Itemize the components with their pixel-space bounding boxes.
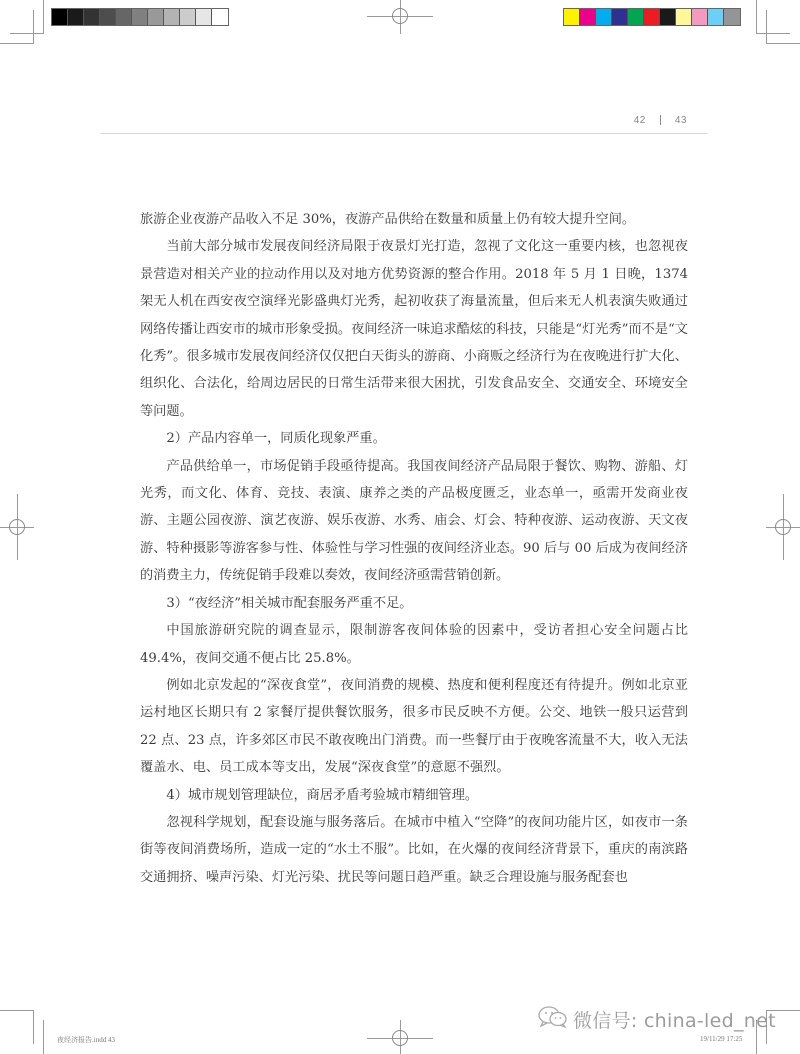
crop-mark-top-left-horizontal <box>10 33 44 34</box>
bleed-mark-top-right-horizontal <box>766 43 800 44</box>
color-swatch <box>84 9 100 25</box>
color-swatch <box>212 9 228 25</box>
grayscale-calibration-bar <box>51 8 229 26</box>
crop-mark-top-left-vertical <box>33 10 34 44</box>
crop-mark-bottom-left-vertical <box>33 1010 34 1044</box>
color-swatch <box>132 9 148 25</box>
color-swatch <box>644 9 660 25</box>
bleed-mark-bottom-left-vertical <box>43 1020 44 1054</box>
color-swatch <box>100 9 116 25</box>
bleed-mark-top-left-horizontal <box>0 43 34 44</box>
color-swatch <box>708 9 724 25</box>
paragraph-body: 产品供给单一，市场促销手段亟待提高。我国夜间经济产品局限于餐饮、购物、游船、灯光… <box>140 453 688 590</box>
color-swatch <box>628 9 644 25</box>
color-swatch <box>612 9 628 25</box>
color-swatch <box>180 9 196 25</box>
color-swatch <box>164 9 180 25</box>
wechat-icon <box>537 1005 569 1034</box>
watermark-text: 微信号: china-led_net <box>573 1006 776 1033</box>
paragraph-body: 忽视科学规划，配套设施与服务落后。在城市中植入“空降”的夜间功能片区，如夜市一条… <box>140 809 688 891</box>
color-swatch <box>580 9 596 25</box>
color-swatch <box>660 9 676 25</box>
body-text: 旅游企业夜游产品收入不足 30%，夜游产品供给在数量和质量上仍有较大提升空间。 … <box>140 206 688 891</box>
color-swatch <box>676 9 692 25</box>
color-swatch <box>196 9 212 25</box>
color-swatch <box>692 9 708 25</box>
color-calibration-bar <box>563 8 741 26</box>
crop-mark-top-right-horizontal <box>756 33 790 34</box>
section-heading: 4）城市规划管理缺位，商居矛盾考验城市精细管理。 <box>140 782 688 809</box>
slug-timestamp: 19/11/29 17:25 <box>700 1035 742 1043</box>
color-swatch <box>564 9 580 25</box>
header-rule <box>100 133 708 134</box>
paragraph-continuation: 旅游企业夜游产品收入不足 30%，夜游产品供给在数量和质量上仍有较大提升空间。 <box>140 206 688 233</box>
color-swatch <box>596 9 612 25</box>
color-swatch <box>68 9 84 25</box>
wechat-watermark: 微信号: china-led_net <box>537 1005 776 1034</box>
section-heading: 2）产品内容单一，同质化现象严重。 <box>140 425 688 452</box>
color-swatch <box>724 9 740 25</box>
crop-mark-top-right-vertical <box>766 10 767 44</box>
folio-separator <box>660 115 661 125</box>
color-swatch <box>52 9 68 25</box>
crop-mark-bottom-left-horizontal <box>0 1010 34 1011</box>
color-swatch <box>148 9 164 25</box>
paragraph-body: 例如北京发起的“深夜食堂”，夜间消费的规模、热度和便利程度还有待提升。例如北京亚… <box>140 672 688 782</box>
paragraph-body: 中国旅游研究院的调查显示，限制游客夜间体验的因素中，受访者担心安全问题占比 49… <box>140 617 688 672</box>
bleed-mark-top-left-vertical <box>43 0 44 34</box>
section-heading: 3）“夜经济”相关城市配套服务严重不足。 <box>140 590 688 617</box>
color-swatch <box>116 9 132 25</box>
page-folio: 4243 <box>634 115 687 126</box>
slug-filename: 夜经济报告.indd 43 <box>57 1035 115 1045</box>
paragraph-body: 当前大部分城市发展夜间经济局限于夜景灯光打造，忽视了文化这一重要内核，也忽视夜景… <box>140 233 688 425</box>
bleed-mark-top-right-vertical <box>756 0 757 34</box>
left-page-number: 42 <box>634 115 646 126</box>
right-page-number: 43 <box>675 115 687 126</box>
